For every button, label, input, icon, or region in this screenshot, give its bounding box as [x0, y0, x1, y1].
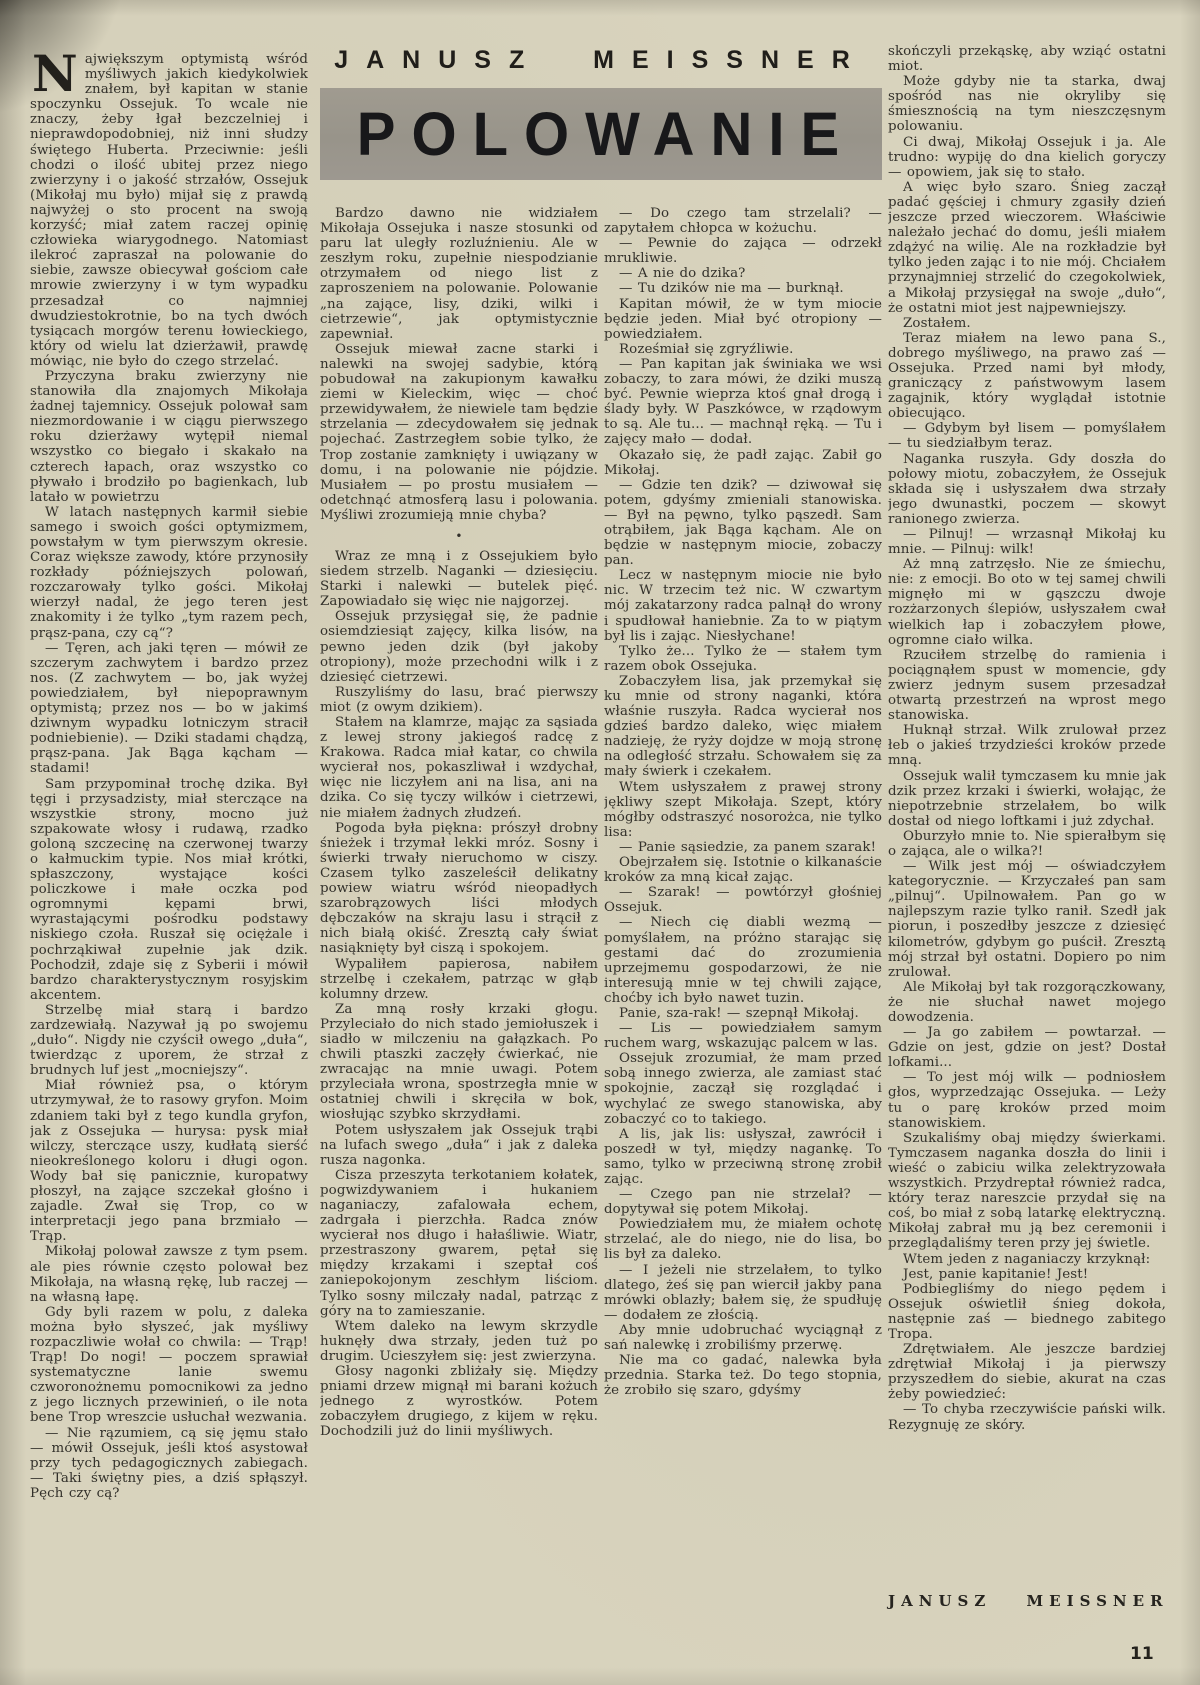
paragraph: Tylko że... Tylko że — stałem tym razem …	[604, 644, 882, 674]
column-2-paragraphs-part2: Wraz ze mną i z Ossejukiem było siedem s…	[320, 549, 598, 1440]
paragraph: — Tęren, ach jaki tęren — mówił ze szcze…	[30, 641, 308, 777]
paragraph: Jest, panie kapitanie! Jest!	[888, 1267, 1166, 1282]
paragraph: Ossejuk walił tymczasem ku mnie jak dzik…	[888, 769, 1166, 829]
paragraph: Ossejuk przysięgał się, że padnie osiemd…	[320, 609, 598, 684]
paragraph: Wypaliłem papierosa, nabiłem strzelbę i …	[320, 957, 598, 1002]
paragraph: A lis, jak lis: usłyszał, zawrócił i pos…	[604, 1127, 882, 1187]
paragraph: Teraz miałem na lewo pana S., dobrego my…	[888, 331, 1166, 422]
article-signature: JANUSZ MEISSNER	[888, 1592, 1166, 1610]
paragraph: Bardzo dawno nie widziałem Mikołaja Osse…	[320, 206, 598, 342]
paragraph: Nie ma co gadać, nalewka była przednia. …	[604, 1353, 882, 1398]
paragraph: Ruszyliśmy do lasu, brać pierwszy miot (…	[320, 685, 598, 715]
section-separator: •	[320, 523, 598, 549]
paragraph: Roześmiał się zgryźliwie.	[604, 342, 882, 357]
paragraph: Lecz w następnym miocie nie było nic. W …	[604, 568, 882, 643]
paragraph: — I jeżeli nie strzelałem, to tylko dlat…	[604, 1263, 882, 1323]
paragraph: Huknął strzał. Wilk zrulował przez łeb o…	[888, 723, 1166, 768]
paragraph: — To jest mój wilk — podniosłem głos, wy…	[888, 1070, 1166, 1130]
paragraph: Ci dwaj, Mikołaj Ossejuk i ja. Ale trudn…	[888, 135, 1166, 180]
paragraph: Obejrzałem się. Istotnie o kilkanaście k…	[604, 855, 882, 885]
paragraph: — Gdzie ten dzik? — dziwował się potem, …	[604, 478, 882, 569]
paragraph: — To chyba rzeczywiście pański wilk. Rez…	[888, 1402, 1166, 1432]
title-banner: POLOWANIE	[320, 88, 882, 180]
column-2-paragraphs-part1: Bardzo dawno nie widziałem Mikołaja Osse…	[320, 206, 598, 523]
paragraph: Wtem jeden z naganiaczy krzyknął:	[888, 1252, 1166, 1267]
column-4-paragraphs: Może gdyby nie ta starka, dwaj spośród n…	[888, 74, 1166, 1432]
drop-cap: N	[32, 54, 78, 94]
paragraph: Podbiegliśmy do niego pędem i Ossejuk oś…	[888, 1282, 1166, 1342]
paragraph: Ossejuk zrozumiał, że mam przed sobą inn…	[604, 1051, 882, 1126]
paragraph: — A nie do dzika?	[604, 266, 882, 281]
page-number: 11	[1130, 1644, 1154, 1664]
paragraph: — Ja go zabiłem — powtarzał. — Gdzie on …	[888, 1025, 1166, 1070]
paragraph: Oburzyło mnie to. Nie spierałbym się o z…	[888, 829, 1166, 859]
article-author: JANUSZ MEISSNER	[320, 46, 882, 75]
paragraph: — Pilnuj! — wrzasnął Mikołaj ku mnie. — …	[888, 527, 1166, 557]
text-column-1: Największym optymistą wśród myśliwych ja…	[30, 52, 308, 1652]
paragraph: Ale Mikołaj był tak rozgorączkowany, że …	[888, 980, 1166, 1025]
column-1-paragraphs: Przyczyna braku zwierzyny nie stanowiła …	[30, 369, 308, 1501]
paragraph: Miał również psa, o którym utrzymywał, ż…	[30, 1078, 308, 1244]
opening-text: ajwiększym optymistą wśród myśliwych jak…	[30, 52, 308, 369]
paragraph: Mikołaj polował zawsze z tym psem. ale p…	[30, 1244, 308, 1304]
paragraph: — Pewnie do zająca — odrzekł mrukliwie.	[604, 236, 882, 266]
paragraph: Wraz ze mną i z Ossejukiem było siedem s…	[320, 549, 598, 609]
paragraph: Okazało się, że padł zając. Zabił go Mik…	[604, 448, 882, 478]
paragraph: Powiedziałem mu, że miałem ochotę strzel…	[604, 1217, 882, 1262]
continuation-paragraph: skończyli przekąskę, aby wziąć ostatni m…	[888, 44, 1166, 74]
text-column-2: Bardzo dawno nie widziałem Mikołaja Osse…	[320, 206, 598, 1646]
paragraph: — Do czego tam strzelali? — zapytałem ch…	[604, 206, 882, 236]
opening-paragraph: Największym optymistą wśród myśliwych ja…	[30, 52, 308, 369]
paragraph: Aż mną zatrzęsło. Nie ze śmiechu, nie: z…	[888, 557, 1166, 648]
paragraph: — Czego pan nie strzelał? — dopytywał si…	[604, 1187, 882, 1217]
paragraph: Ossejuk miewał zacne starki i nalewki na…	[320, 342, 598, 523]
paragraph: Głosy nagonki zbliżały się. Między pniam…	[320, 1364, 598, 1439]
paragraph: Przyczyna braku zwierzyny nie stanowiła …	[30, 369, 308, 505]
paragraph: Kapitan mówił, że w tym miocie będzie je…	[604, 297, 882, 342]
paragraph: Cisza przeszyta terkotaniem kołatek, pog…	[320, 1168, 598, 1319]
magazine-page: JANUSZ MEISSNER POLOWANIE Największym op…	[0, 0, 1200, 1685]
paragraph: Wtem daleko na lewym skrzydle huknęły dw…	[320, 1319, 598, 1364]
paragraph: — Panie sąsiedzie, za panem szarak!	[604, 840, 882, 855]
paragraph: — Gdybym był lisem — pomyślałem — tu sie…	[888, 421, 1166, 451]
paragraph: Rzuciłem strzelbę do ramienia i pociągną…	[888, 648, 1166, 723]
paragraph: Potem usłyszałem jak Ossejuk trąbi na lu…	[320, 1123, 598, 1168]
paragraph: A więc było szaro. Śnieg zaczął padać gę…	[888, 180, 1166, 316]
paragraph: Zdrętwiałem. Ale jeszcze bardziej zdrętw…	[888, 1342, 1166, 1402]
paragraph: Zobaczyłem lisa, jak przemykał się ku mn…	[604, 674, 882, 780]
paragraph: — Tu dzików nie ma — burknął.	[604, 281, 882, 296]
paragraph: Panie, sza-rak! — szepnął Mikołaj.	[604, 1006, 882, 1021]
paragraph: Stałem na klamrze, mając za sąsiada z le…	[320, 715, 598, 821]
paragraph: Szukaliśmy obaj między świerkami. Tymcza…	[888, 1131, 1166, 1252]
paragraph: Sam przypominał trochę dzika. Był tęgi i…	[30, 777, 308, 1003]
paragraph: Naganka ruszyła. Gdy doszła do połowy mi…	[888, 452, 1166, 527]
paragraph: — Pan kapitan jak świniaka we wsi zobacz…	[604, 357, 882, 448]
paragraph: — Wilk jest mój — oświadczyłem kategoryc…	[888, 859, 1166, 980]
paragraph: Aby mnie udobruchać wyciągnął z sań nale…	[604, 1323, 882, 1353]
text-column-3: — Do czego tam strzelali? — zapytałem ch…	[604, 206, 882, 1646]
paragraph: — Lis — powiedziałem samym ruchem warg, …	[604, 1021, 882, 1051]
column-3-paragraphs: — Do czego tam strzelali? — zapytałem ch…	[604, 206, 882, 1398]
paragraph: Gdy byli razem w polu, z daleka można by…	[30, 1305, 308, 1426]
paragraph: Strzelbę miał starą i bardzo zardzewiałą…	[30, 1003, 308, 1078]
paragraph: W latach następnych karmił siebie samego…	[30, 505, 308, 641]
paragraph: Wtem usłyszałem z prawej strony jękliwy …	[604, 780, 882, 840]
article-title: POLOWANIE	[347, 99, 855, 169]
paragraph: — Nie rązumiem, cą się jęmu stało — mówi…	[30, 1426, 308, 1501]
paragraph: Może gdyby nie ta starka, dwaj spośród n…	[888, 74, 1166, 134]
paragraph: Za mną rosły krzaki głogu. Przyleciało d…	[320, 1002, 598, 1123]
paragraph: — Niech cię diabli wezmą — pomyślałem, n…	[604, 915, 882, 1006]
paragraph: Pogoda była piękna: prószył drobny śnież…	[320, 821, 598, 957]
article-header: JANUSZ MEISSNER POLOWANIE	[320, 46, 882, 180]
paragraph: — Szarak! — powtórzył głośniej Ossejuk.	[604, 885, 882, 915]
text-column-4: skończyli przekąskę, aby wziąć ostatni m…	[888, 44, 1166, 1574]
paragraph: Zostałem.	[888, 316, 1166, 331]
